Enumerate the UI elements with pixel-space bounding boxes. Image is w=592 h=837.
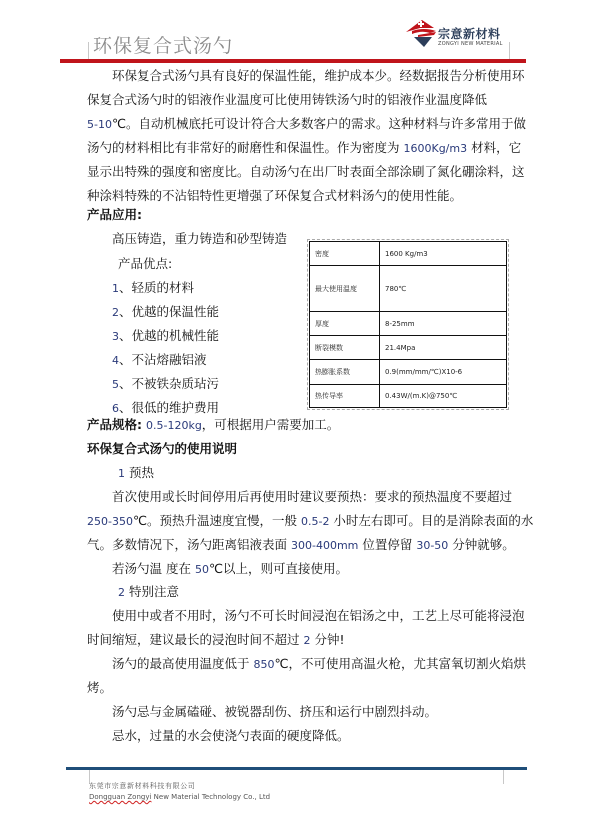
- header-divider-right: [509, 42, 510, 60]
- density-value: 1600Kg/m3: [403, 142, 467, 155]
- spec-value: 0.5-120kg: [146, 419, 202, 432]
- table-row: 热膨胀系数0.9(mm/mm/℃)X10-6: [310, 360, 507, 385]
- notice-line-1: 使用中或者不用时，汤勺不可长时间浸泡在铝汤之中，工艺上尽可能将浸泡: [112, 604, 525, 628]
- footer-divider-right: [503, 770, 504, 784]
- table-row: 热传导率0.43W/(m.K)@750℃: [310, 385, 507, 408]
- spec-label: 产品规格:: [87, 417, 142, 432]
- spec-table: 密度1600 Kg/m3 最大使用温度780℃ 厚度8-25mm 断裂模数21.…: [309, 241, 507, 408]
- footer-rule: [66, 767, 527, 770]
- temp-range: 5-10: [87, 118, 112, 131]
- notice-line-5: 汤勺忌与金属磕碰、被锐器刮伤、挤压和运行中剧烈抖动。: [112, 700, 437, 724]
- document-title: 环保复合式汤勺: [93, 31, 233, 58]
- intro-line-1: 环保复合式汤勺具有良好的保温性能，维护成本少。经数据报告分析使用环: [112, 64, 525, 88]
- logo-text-en: ZONGYI NEW MATERIAL: [438, 41, 503, 47]
- advantage-item: 2、优越的保温性能: [112, 300, 219, 325]
- notice-line-4: 烤。: [87, 676, 112, 700]
- header-divider-left: [88, 42, 89, 60]
- application-heading: 产品应用:: [87, 203, 142, 227]
- table-row: 断裂模数21.4Mpa: [310, 336, 507, 360]
- usage-heading: 环保复合式汤勺的使用说明: [87, 437, 237, 461]
- logo-text-cn: 宗意新材料: [438, 25, 501, 42]
- intro-line-4: 汤勺的材料相比有非常好的耐磨性和保温性。作为密度为 1600Kg/m3 材料，它: [87, 136, 521, 161]
- footer-company-cn: 东莞市宗意新材料科技有限公司: [89, 781, 195, 791]
- spellcheck-flagged-text: Dongguan Zongyi: [89, 793, 151, 801]
- application-text: 高压铸造，重力铸造和砂型铸造: [112, 227, 287, 251]
- section-notice-title: 2 特别注意: [118, 580, 179, 605]
- intro-line-3: 5-10℃。自动机械底托可设计符合大多数客户的需求。这种材料与许多常用于做: [87, 112, 526, 137]
- intro-line-6: 种涂料特殊的不沾铝特性更增强了环保复合式材料汤勺的使用性能。: [87, 184, 462, 208]
- advantage-item: 4、不沾熔融铝液: [112, 348, 207, 373]
- preheat-line-3: 气。多数情况下，汤勺距离铝液表面 300-400mm 位置停留 30-50 分钟…: [87, 533, 515, 558]
- table-row: 厚度8-25mm: [310, 312, 507, 336]
- footer-company-en: Dongguan Zongyi New Material Technology …: [89, 793, 270, 801]
- intro-line-2: 保复合式汤勺时的铝液作业温度可比使用铸铁汤勺时的铝液作业温度降低: [87, 88, 487, 112]
- table-row: 密度1600 Kg/m3: [310, 242, 507, 266]
- section-preheat-title: 1 预热: [118, 461, 154, 486]
- advantage-item: 5、不被铁杂质玷污: [112, 372, 219, 397]
- preheat-line-4: 若汤勺温 度在 50℃以上，则可直接使用。: [112, 557, 348, 582]
- notice-line-2: 时间缩短，建议最长的浸泡时间不超过 2 分钟!: [87, 628, 344, 653]
- table-row: 最大使用温度780℃: [310, 266, 507, 312]
- notice-line-6: 忌水，过量的水会使浇勺表面的硬度降低。: [112, 724, 350, 748]
- advantage-item: 3、优越的机械性能: [112, 324, 219, 349]
- notice-line-3: 汤勺的最高使用温度低于 850℃，不可使用高温火枪，尤其富氧切割火焰烘: [112, 652, 526, 677]
- intro-line-5: 显示出特殊的强度和密度比。自动汤勺在出厂时表面全部涂刷了氮化硼涂料，这: [87, 160, 525, 184]
- advantage-item: 1、轻质的材料: [112, 276, 194, 301]
- advantages-heading: 产品优点:: [118, 252, 172, 276]
- preheat-line-2: 250-350℃。预热升温速度宜慢，一般 0.5-2 小时左右即可。目的是消除表…: [87, 509, 533, 534]
- preheat-line-1: 首次使用或长时间停用后再使用时建议要预热：要求的预热温度不要超过: [112, 485, 512, 509]
- spec-line: 产品规格: 0.5-120kg，可根据用户需要加工。: [87, 413, 339, 438]
- header-rule: [60, 59, 526, 63]
